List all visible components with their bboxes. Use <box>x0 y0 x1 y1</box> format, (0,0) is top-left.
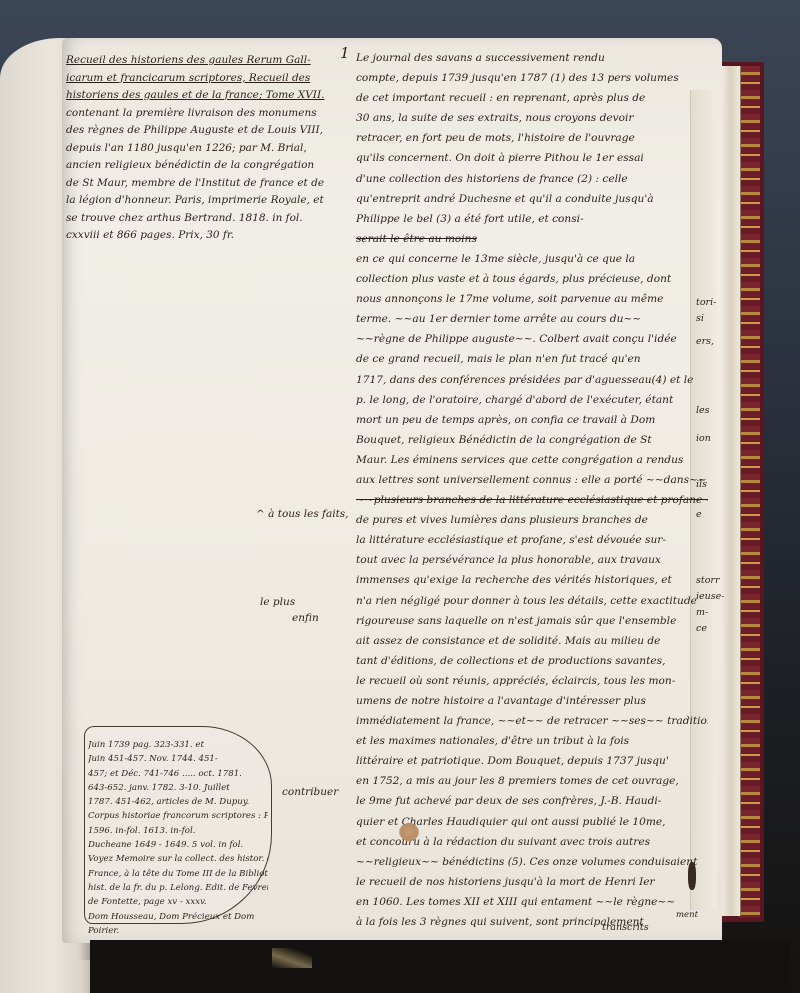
text-line: la littérature ecclésiastique et profane… <box>356 530 708 550</box>
text-line: qu'entreprit andré Duchesne et qu'il a c… <box>356 189 708 209</box>
ribbon-bookmark <box>272 948 312 968</box>
heading-line: cxxviii et 866 pages. Prix, 30 fr. <box>66 227 351 245</box>
text-line: Philippe le bel (3) a été fort utile, et… <box>356 209 708 229</box>
text-line: retracer, en fort peu de mots, l'histoir… <box>356 128 708 148</box>
gilt-tooling-border <box>738 66 760 918</box>
text-line: Maur. Les éminens services que cette con… <box>356 450 708 470</box>
text-line: rigoureuse sans laquelle on n'est jamais… <box>356 611 708 631</box>
text-line: littéraire et patriotique. Dom Bouquet, … <box>356 751 708 771</box>
text-line: umens de notre histoire a l'avantage d'i… <box>356 691 708 711</box>
text-line: compte, depuis 1739 jusqu'en 1787 (1) de… <box>356 68 708 88</box>
struck-line: ~~plusieurs branches de la littérature e… <box>356 490 708 510</box>
text-line: à la fois les 3 règnes qui suivent, sont… <box>356 912 708 932</box>
footnote-line: Corpus historiae francorum scriptores : … <box>88 809 268 823</box>
footnote-line: 1596. in-fol. 1613. in-fol. <box>88 824 268 838</box>
text-line: immenses qu'exige la recherche des vérit… <box>356 570 708 590</box>
struck-line: serait le être au moins <box>356 229 708 249</box>
text-line: le recueil où sont réunis, appréciés, éc… <box>356 671 708 691</box>
bibliographic-heading: Recueil des historiens des gaules Rerum … <box>66 52 351 245</box>
text-line: Le journal des savans a successivement r… <box>356 48 708 68</box>
footnote-line: Ducheane 1649 - 1649. 5 vol. in fol. <box>88 838 268 852</box>
heading-line: historiens des gaules et de la france; T… <box>66 87 351 105</box>
right-margin-fragment: e <box>696 508 702 522</box>
text-line: terme. ~~au 1er dernier tome arrête au c… <box>356 309 708 329</box>
text-line: d'une collection des historiens de franc… <box>356 169 708 189</box>
footnote-line: 1787. 451-462, articles de M. Dupuy. <box>88 795 268 809</box>
heading-line: de St Maur, membre de l'Institut de fran… <box>66 175 351 193</box>
heading-line: Recueil des historiens des gaules Rerum … <box>66 52 351 70</box>
text-line: n'a rien négligé pour donner à tous les … <box>356 591 708 611</box>
table-shadow <box>90 940 790 993</box>
main-text-column: Le journal des savans a successivement r… <box>356 48 708 932</box>
ink-blot <box>688 862 696 890</box>
text-line: de pures et vives lumières dans plusieur… <box>356 510 708 530</box>
text-line: tant d'éditions, de collections et de pr… <box>356 651 708 671</box>
margin-insertion: le plus <box>260 596 295 608</box>
right-margin-fragment: ieuse- <box>696 590 725 604</box>
text-line: immédiatement la france, ~~et~~ de retra… <box>356 711 708 731</box>
bottom-insertion: ment <box>676 910 698 920</box>
footnote-references: Juin 1739 pag. 323-331. et Juin 451-457.… <box>88 738 268 938</box>
footnote-line: Juin 451-457. Nov. 1744. 451- <box>88 752 268 766</box>
footnote-line: 457; et Déc. 741-746 ..... oct. 1781. <box>88 767 268 781</box>
page-number: 1 <box>340 44 350 62</box>
text-line: Bouquet, religieux Bénédictin de la cong… <box>356 430 708 450</box>
footnote-line: France, à la tête du Tome III de la Bibl… <box>88 867 268 881</box>
right-margin-fragment: ion <box>696 432 711 446</box>
text-line: p. le long, de l'oratoire, chargé d'abor… <box>356 390 708 410</box>
heading-line: depuis l'an 1180 jusqu'en 1226; par M. B… <box>66 140 351 158</box>
text-line: ~~religieux~~ bénédictins (5). Ces onze … <box>356 852 708 872</box>
footnote-line: hist. de la fr. du p. Lelong. Edit. de F… <box>88 881 268 895</box>
footnote-line: Dom Housseau, Dom Précieux et Dom <box>88 910 268 924</box>
text-line: en ce qui concerne le 13me siècle, jusqu… <box>356 249 708 269</box>
text-line: 1717, dans des conférences présidées par… <box>356 370 708 390</box>
text-line: de ce grand recueil, mais le plan n'en f… <box>356 349 708 369</box>
right-margin-fragment: tori- <box>696 296 716 310</box>
right-margin-fragment: ers, <box>696 335 714 349</box>
heading-line: icarum et francicarum scriptores, Recuei… <box>66 70 351 88</box>
right-margin-fragment: ce <box>696 622 707 636</box>
footnote-line: de Fontette, page xv - xxxv. <box>88 895 268 909</box>
heading-line: des règnes de Philippe Auguste et de Lou… <box>66 122 351 140</box>
text-line: et les maximes nationales, d'être un tri… <box>356 731 708 751</box>
text-line: en 1752, a mis au jour les 8 premiers to… <box>356 771 708 791</box>
margin-insertion: enfin <box>292 612 319 624</box>
text-line: mort un peu de temps après, on confia ce… <box>356 410 708 430</box>
right-margin-fragment: ils <box>696 478 707 492</box>
text-line: tout avec la persévérance la plus honora… <box>356 550 708 570</box>
text-line: le 9me fut achevé par deux de ses confrè… <box>356 791 708 811</box>
text-line: le recueil de nos historiens jusqu'à la … <box>356 872 708 892</box>
text-line: ait assez de consistance et de solidité.… <box>356 631 708 651</box>
text-line: collection plus vaste et à tous égards, … <box>356 269 708 289</box>
footnote-line: Voyez Memoire sur la collect. des histor… <box>88 852 268 866</box>
bottom-insertion: transcrits <box>602 922 649 933</box>
text-line: 30 ans, la suite de ses extraits, nous c… <box>356 108 708 128</box>
heading-line: contenant la première livraison des monu… <box>66 105 351 123</box>
heading-line: ancien religieux bénédictin de la congré… <box>66 157 351 175</box>
footnote-line: Poirier. <box>88 924 268 938</box>
footnote-line: 643-652. janv. 1782. 3-10. Juillet <box>88 781 268 795</box>
text-line: qu'ils concernent. On doit à pierre Pith… <box>356 148 708 168</box>
text-line: en 1060. Les tomes XII et XIII qui entam… <box>356 892 708 912</box>
right-margin-fragment: si <box>696 312 704 326</box>
right-margin-fragment: storr <box>696 574 720 588</box>
margin-insertion: ^ à tous les faits, <box>256 508 349 520</box>
footnote-line: Juin 1739 pag. 323-331. et <box>88 738 268 752</box>
text-line: de cet important recueil : en reprenant,… <box>356 88 708 108</box>
right-margin-fragment: les <box>696 404 710 418</box>
margin-insertion: contribuer <box>282 786 338 798</box>
text-line: aux lettres sont universellement connus … <box>356 470 708 490</box>
right-margin-fragment: m- <box>696 606 708 620</box>
manuscript-photo: Recueil des historiens des gaules Rerum … <box>0 0 800 993</box>
heading-line: la légion d'honneur. Paris, imprimerie R… <box>66 192 351 210</box>
heading-line: se trouve chez arthus Bertrand. 1818. in… <box>66 210 351 228</box>
paper-stain <box>399 823 419 841</box>
text-line: nous annonçons le 17me volume, soit parv… <box>356 289 708 309</box>
text-line: ~~règne de Philippe auguste~~. Colbert a… <box>356 329 708 349</box>
